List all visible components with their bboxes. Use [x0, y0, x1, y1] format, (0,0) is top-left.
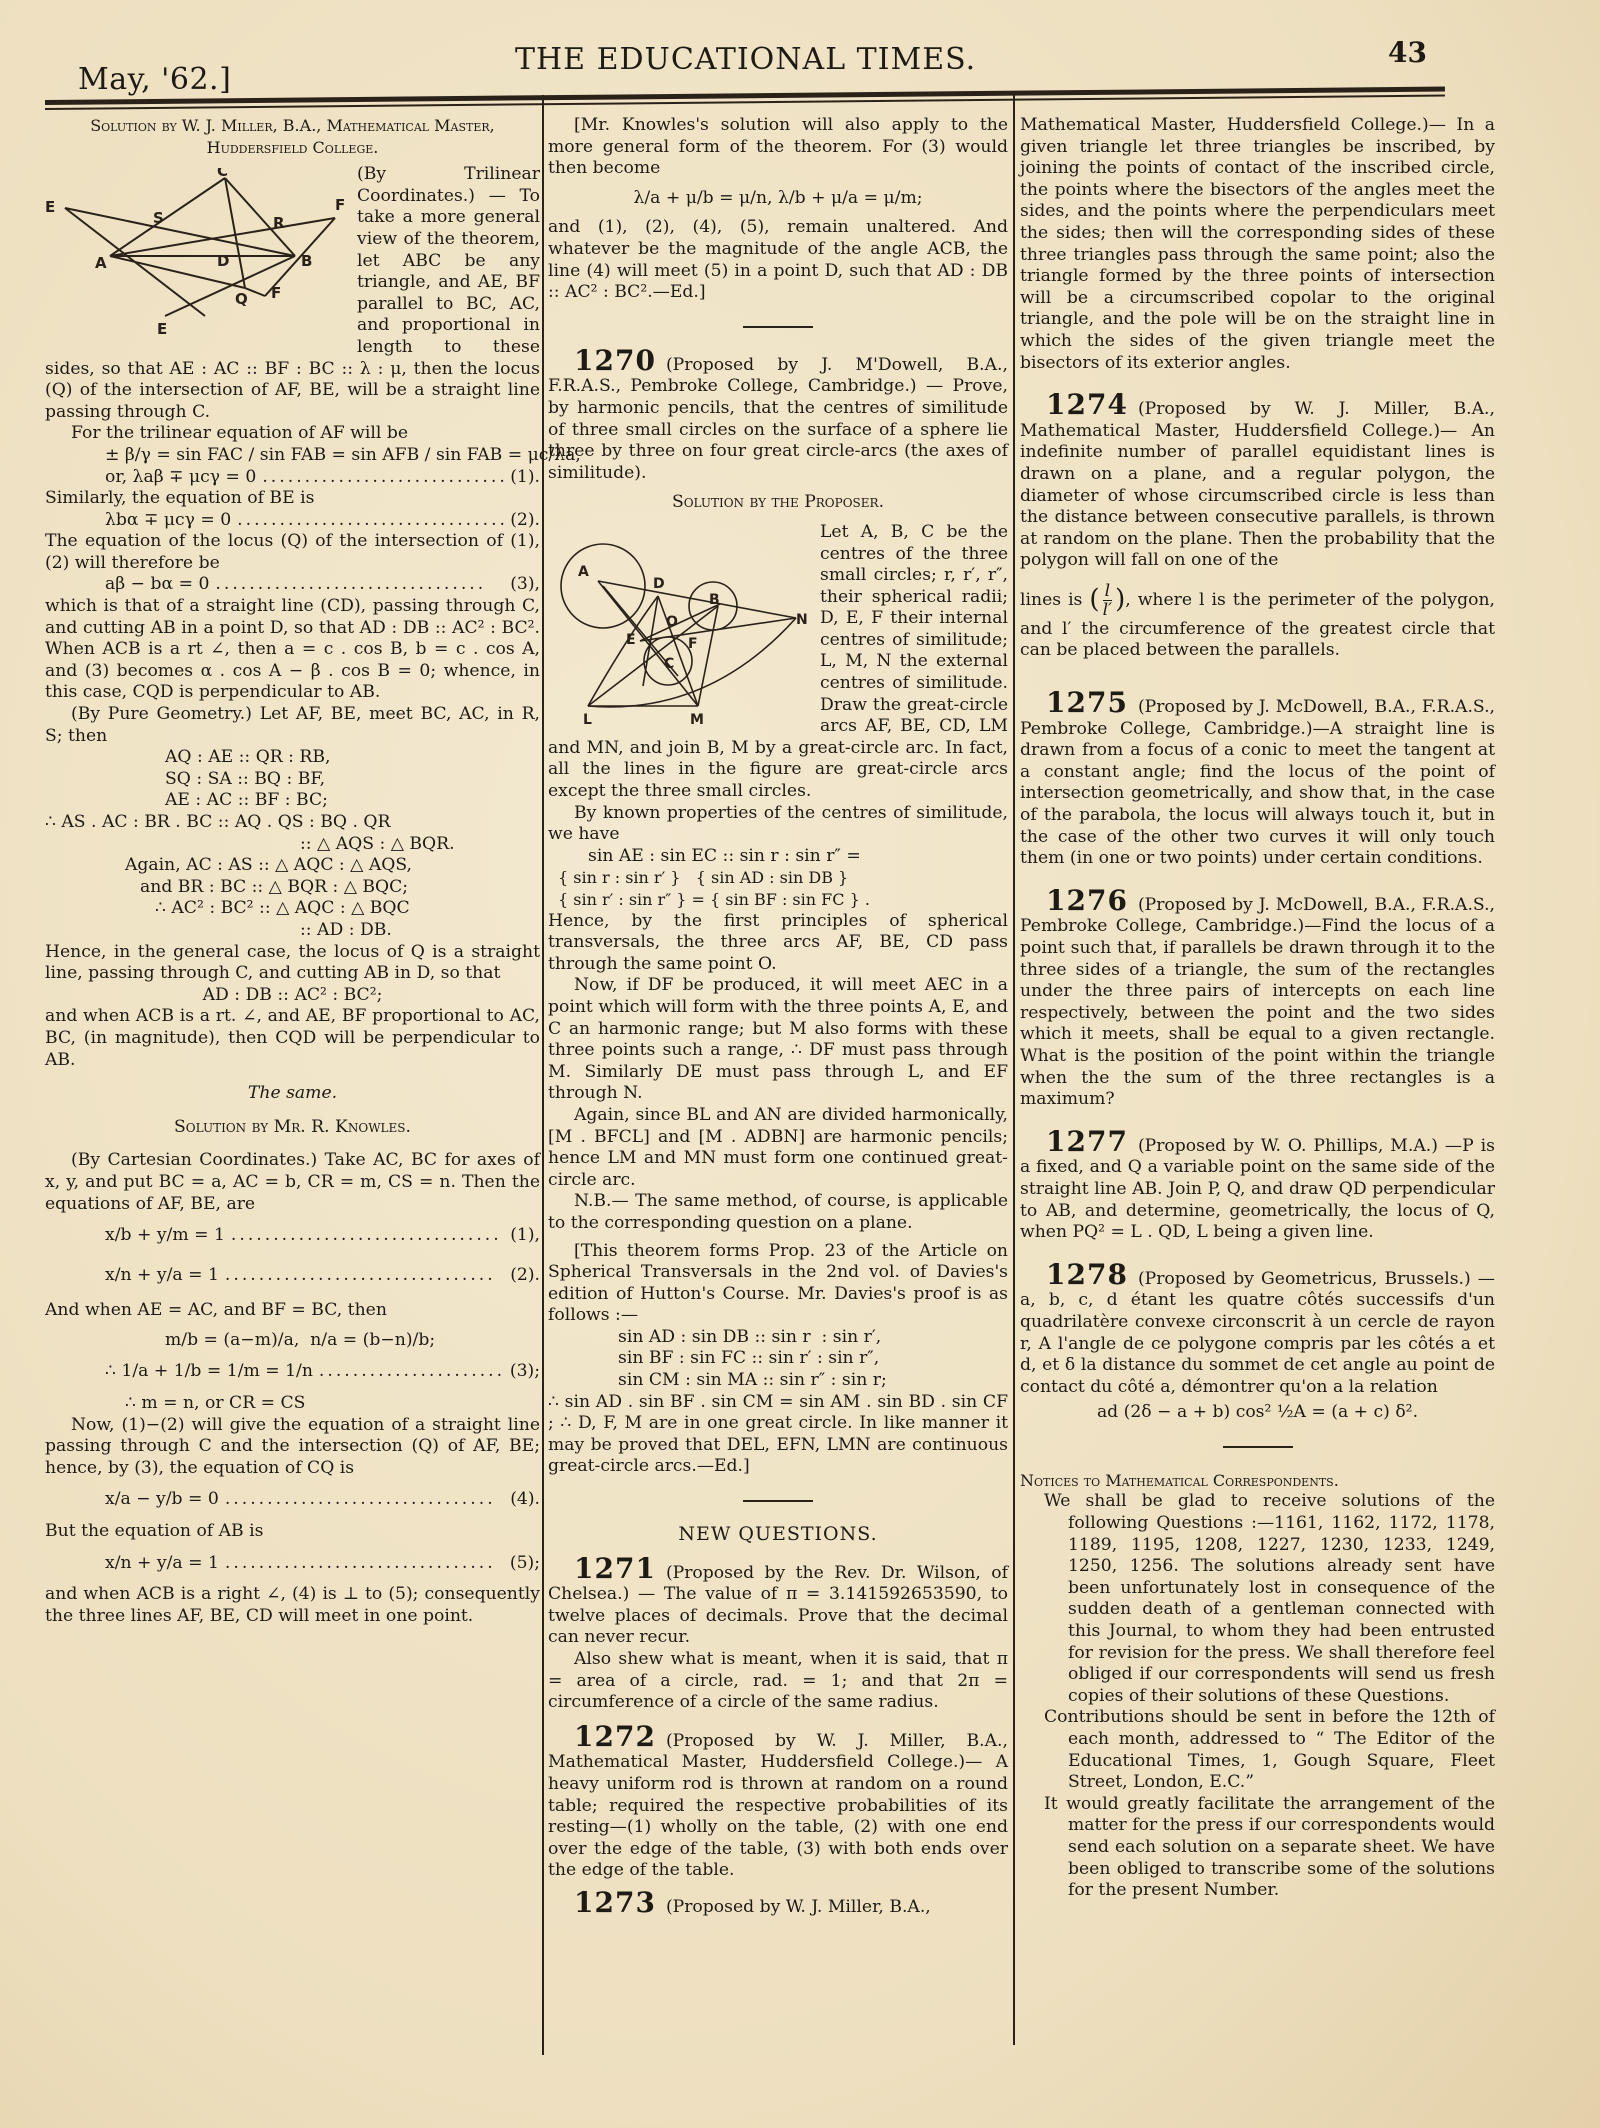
equation-2: λbα ∓ μcγ = 0...........................…: [45, 510, 540, 532]
pure-geometry-text: (By Pure Geometry.) Let AF, BE, meet BC,…: [45, 704, 540, 747]
editor-note: [Mr. Knowles's solution will also apply …: [548, 115, 1008, 180]
question-1275-text: (Proposed by J. McDowell, B.A., F.R.A.S.…: [1020, 697, 1495, 868]
svg-text:B: B: [709, 592, 720, 608]
davies-eq-1: sin AD : sin DB :: sin r : sin r′,: [548, 1327, 1008, 1349]
straight-line-text: which is that of a straight line (CD), p…: [45, 596, 540, 704]
sin-equation-2b: { sin r′ : sin r″ } = { sin BF : sin FC …: [548, 889, 1008, 911]
davies-conclusion: ∴ sin AD . sin BF . sin CM = sin AM . si…: [548, 1392, 1008, 1478]
svg-text:N: N: [796, 612, 808, 628]
now-text: Now, (1)−(2) will give the equation of a…: [45, 1415, 540, 1480]
davies-eq-2: sin BF : sin FC :: sin r′ : sin r″,: [548, 1348, 1008, 1370]
proportion-3: AE : AC :: BF : BC;: [45, 790, 540, 812]
equation-2-body: λbα ∓ μcγ = 0: [105, 510, 231, 532]
question-1273-start: (Proposed by W. J. Miller, B.A.,: [666, 1897, 931, 1917]
notice-solutions: We shall be glad to receive solutions of…: [1020, 1491, 1495, 1707]
miller-solution-heading: Solution by W. J. Miller, B.A., Mathemat…: [45, 115, 540, 158]
svg-text:O: O: [666, 614, 678, 630]
equation-3: aβ − bα = 0.............................…: [45, 574, 540, 596]
column-3: Mathematical Master, Huddersfield Colleg…: [1020, 115, 1495, 1902]
again-line-3: ∴ AC² : BC² :: △ AQC : △ BQC: [45, 898, 540, 920]
hence-transversals-text: Hence, by the first principles of spheri…: [548, 911, 1008, 976]
question-number-1272: 1272: [574, 1720, 656, 1753]
column-2: [Mr. Knowles's solution will also apply …: [548, 115, 1008, 1919]
svg-text:F: F: [271, 284, 281, 302]
sin-equation-1: sin AE : sin EC :: sin r : sin r″ =: [548, 846, 1008, 868]
notice-contributions: Contributions should be sent in before t…: [1020, 1707, 1495, 1793]
proposer-solution-heading: Solution by the Proposer.: [548, 492, 1008, 514]
new-questions-heading: NEW QUESTIONS.: [548, 1524, 1008, 1546]
hence-text: Hence, in the general case, the locus of…: [45, 942, 540, 985]
knowles-heading: Solution by Mr. R. Knowles.: [45, 1117, 540, 1139]
equation-3-tag: (3),: [510, 574, 540, 596]
svg-text:Q: Q: [235, 290, 248, 308]
editor-note-2: and (1), (2), (4), (5), remain unaltered…: [548, 217, 1008, 303]
and-when-text: And when AE = AC, and BF = BC, then: [45, 1300, 540, 1322]
svg-text:B: B: [301, 252, 312, 270]
equation-1: or, λaβ ∓ μcγ = 0.......................…: [45, 467, 540, 489]
svg-text:E: E: [157, 320, 167, 338]
section-separator: [1223, 1446, 1293, 1448]
trilinear-lead: For the trilinear equation of AF will be: [45, 423, 540, 445]
again-line-4: :: AD : DB.: [45, 920, 540, 942]
question-number-1277: 1277: [1046, 1125, 1128, 1158]
column-divider-1: [542, 95, 544, 2055]
locus-lead: The equation of the locus (Q) of the int…: [45, 531, 540, 574]
cartesian-text: (By Cartesian Coordinates.) Take AC, BC …: [45, 1150, 540, 1215]
equation-2-tag: (2).: [510, 510, 540, 532]
svg-text:C: C: [664, 656, 674, 672]
svg-text:R: R: [273, 214, 285, 232]
svg-text:E: E: [45, 198, 55, 216]
sin-equation-2a: { sin r : sin r′ } { sin AD : sin DB }: [548, 867, 1008, 889]
knowles-eq-3-body: ∴ 1/a + 1/b = 1/m = 1/n: [105, 1361, 313, 1383]
now-df-text: Now, if DF be produced, it will meet AEC…: [548, 975, 1008, 1105]
knowles-eq-2-tag: (2).: [510, 1265, 540, 1287]
equation-af: ± β/γ = sin FAC / sin FAB = sin AFB / si…: [45, 445, 540, 467]
knowles-eq-5-body: x/n + y/a = 1: [105, 1553, 219, 1575]
ratio-equation: AD : DB :: AC² : BC²;: [45, 985, 540, 1007]
proportion-2: SQ : SA :: BQ : BF,: [45, 769, 540, 791]
column-divider-2: [1013, 95, 1015, 2045]
leader-dots: ................................: [215, 574, 504, 596]
knowles-mn: ∴ m = n, or CR = CS: [45, 1393, 540, 1415]
leader-dots: ................................: [237, 510, 504, 532]
question-1276-text: (Proposed by J. McDowell, B.A., F.R.A.S.…: [1020, 895, 1495, 1109]
question-1273-continued: Mathematical Master, Huddersfield Colleg…: [1020, 115, 1495, 374]
section-separator: [743, 1500, 813, 1502]
triangle-figure: C E S R F A D B F Q E: [45, 168, 345, 338]
question-number-1276: 1276: [1046, 884, 1128, 917]
again-line-1: Again, AC : AS :: △ AQC : △ AQS,: [45, 855, 540, 877]
therefore-line: ∴ AS . AC : BR . BC :: AQ . QS : BQ . QR: [45, 812, 540, 834]
knowles-eq-2: x/n + y/a = 1...........................…: [45, 1265, 540, 1287]
question-number-1270: 1270: [574, 344, 656, 377]
known-properties-text: By known properties of the centres of si…: [548, 803, 1008, 846]
leader-dots: ................................: [319, 1361, 504, 1383]
svg-text:A: A: [578, 564, 589, 580]
question-number-1278: 1278: [1046, 1258, 1128, 1291]
leader-dots: ................................: [262, 467, 504, 489]
svg-text:D: D: [217, 252, 229, 270]
right-angle-text: and when ACB is a rt. ∠, and AE, BF prop…: [45, 1006, 540, 1071]
leader-dots: ................................: [225, 1553, 504, 1575]
question-1272-text: (Proposed by W. J. Miller, B.A., Mathema…: [548, 1731, 1008, 1881]
fraction-denominator: l′: [1103, 600, 1112, 620]
svg-text:D: D: [653, 576, 665, 592]
knowles-eq-4-tag: (4).: [510, 1489, 540, 1511]
davies-eq-3: sin CM : sin MA :: sin r″ : sin r;: [548, 1370, 1008, 1392]
again-harmonic-text: Again, since BL and AN are divided harmo…: [548, 1105, 1008, 1191]
therefore-line-cont: :: △ AQS : △ BQR.: [45, 834, 540, 856]
issue-date: May, '62.]: [78, 62, 231, 97]
svg-text:L: L: [583, 712, 592, 726]
similarly-text: Similarly, the equation of BE is: [45, 488, 540, 510]
equation-1-tag: (1).: [510, 467, 540, 489]
question-1278-equation: ad (2δ − a + b) cos² ½A = (a + c) δ².: [1020, 1402, 1495, 1424]
question-1274-text: (Proposed by W. J. Miller, B.A., Mathema…: [1020, 399, 1495, 570]
davies-text: [This theorem forms Prop. 23 of the Arti…: [548, 1241, 1008, 1327]
svg-text:C: C: [217, 168, 228, 180]
the-same-label: The same.: [248, 1083, 337, 1103]
knowles-eq-1-tag: (1),: [510, 1225, 540, 1247]
svg-text:M: M: [690, 712, 704, 726]
question-number-1273: 1273: [574, 1886, 656, 1919]
page-number: 43: [1388, 36, 1427, 69]
leader-dots: ................................: [231, 1225, 504, 1247]
notices-heading: Notices to Mathematical Correspondents.: [1020, 1470, 1495, 1492]
svg-text:F: F: [688, 636, 698, 652]
probability-fraction: ll′: [1103, 582, 1113, 619]
knowles-eq-1: x/b + y/m = 1...........................…: [45, 1225, 540, 1247]
knowles-eq-1-body: x/b + y/m = 1: [105, 1225, 225, 1247]
knowles-eq-3-tag: (3);: [510, 1361, 540, 1383]
knowles-eq-5-tag: (5);: [510, 1553, 540, 1575]
masthead: May, '62.] THE EDUCATIONAL TIMES. 43: [0, 0, 1600, 110]
newspaper-page: May, '62.] THE EDUCATIONAL TIMES. 43 Sol…: [0, 0, 1600, 2128]
lines-is-text: lines is: [1020, 590, 1082, 610]
question-number-1275: 1275: [1046, 686, 1128, 719]
knowles-eq-2-body: x/n + y/a = 1: [105, 1265, 219, 1287]
nb-text: N.B.— The same method, of course, is app…: [548, 1191, 1008, 1234]
proportion-1: AQ : AE :: QR : RB,: [45, 747, 540, 769]
knowles-eq-3: ∴ 1/a + 1/b = 1/m = 1/n.................…: [45, 1361, 540, 1383]
spherical-circles-figure: A D B N E O F C L M: [548, 526, 808, 726]
leader-dots: ................................: [225, 1489, 504, 1511]
leader-dots: ................................: [225, 1265, 504, 1287]
svg-text:S: S: [153, 209, 164, 227]
conclusion-text: and when ACB is a right ∠, (4) is ⊥ to (…: [45, 1584, 540, 1627]
but-ab-text: But the equation of AB is: [45, 1521, 540, 1543]
again-line-2: and BR : BC :: △ BQR : △ BQC;: [45, 877, 540, 899]
knowles-ratio-eq: m/b = (a−m)/a, n/a = (b−n)/b;: [45, 1330, 540, 1352]
equation-1-body: or, λaβ ∓ μcγ = 0: [105, 467, 256, 489]
section-separator: [743, 326, 813, 328]
notice-separate-sheet: It would greatly facilitate the arrangem…: [1020, 1794, 1495, 1902]
question-number-1274: 1274: [1046, 388, 1128, 421]
knowles-eq-4: x/a − y/b = 0...........................…: [45, 1489, 540, 1511]
question-1271-part2: Also shew what is meant, when it is said…: [548, 1649, 1008, 1714]
svg-text:E: E: [626, 632, 636, 648]
question-number-1271: 1271: [574, 1552, 656, 1585]
svg-text:A: A: [95, 254, 107, 272]
column-1: Solution by W. J. Miller, B.A., Mathemat…: [45, 115, 540, 1627]
knowles-eq-4-body: x/a − y/b = 0: [105, 1489, 219, 1511]
editor-equation: λ/a + μ/b = μ/n, λ/b + μ/a = μ/m;: [548, 188, 1008, 210]
knowles-eq-5: x/n + y/a = 1...........................…: [45, 1553, 540, 1575]
equation-3-body: aβ − bα = 0: [105, 574, 209, 596]
fraction-numerator: l: [1105, 581, 1111, 601]
publication-title: THE EDUCATIONAL TIMES.: [515, 42, 976, 77]
svg-text:F: F: [335, 196, 345, 214]
